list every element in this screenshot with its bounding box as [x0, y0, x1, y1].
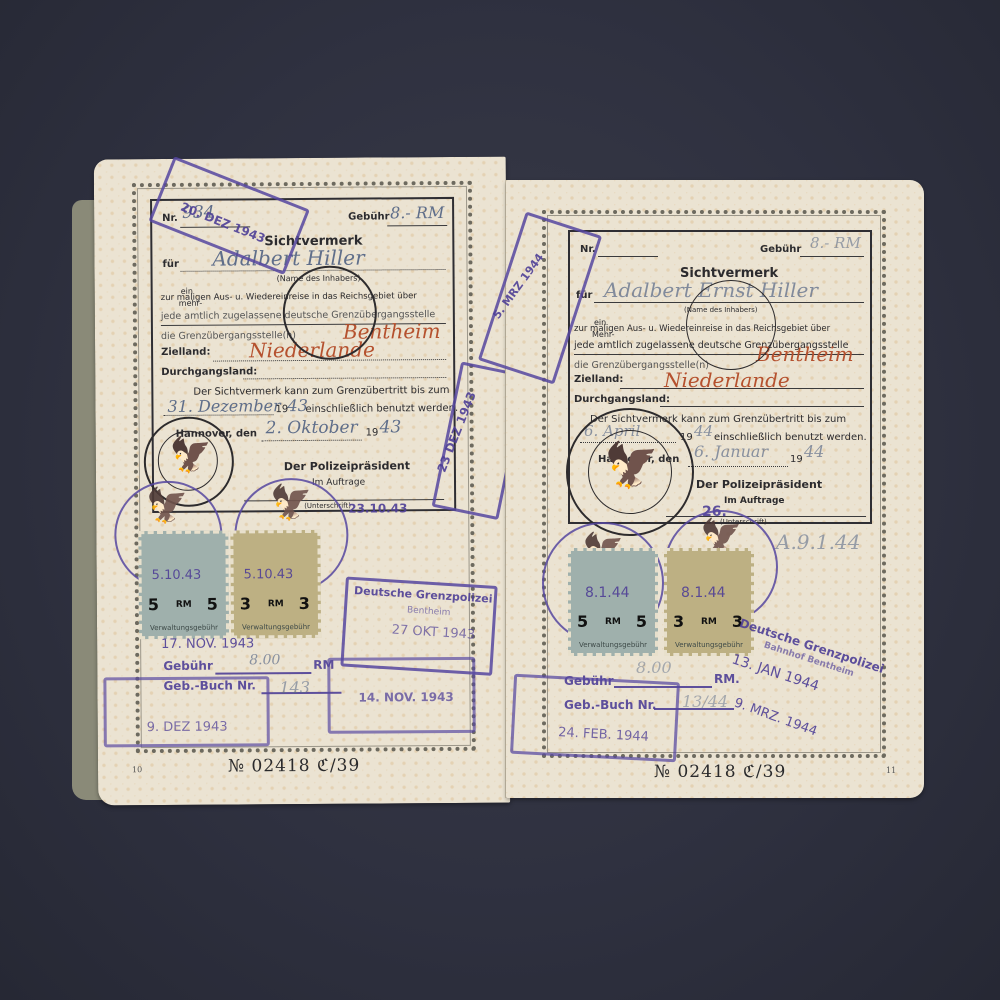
transit-label: Durchgangsland: [574, 394, 670, 405]
issued-year-prefix: 19 [790, 454, 803, 465]
eagle-icon: 🦅 [146, 489, 189, 523]
fee-stamp-value: 5 [636, 612, 647, 631]
police-seal: 🦅 [566, 408, 694, 536]
transit-label: Durchgangsland: [161, 366, 257, 378]
fee-stamp-label: Verwaltungsgebühr [571, 641, 655, 649]
stamp-date: 14. NOV. 1943 [358, 690, 453, 705]
serial-number: № 02418 ℭ/39 [654, 762, 786, 782]
validity-suffix: einschließlich benutzt werden. [305, 403, 458, 415]
stamp-date: 9. DEZ 1943 [147, 720, 228, 736]
fee-stamp-unit: RM [605, 617, 621, 627]
fee-block-label: Gebühr [163, 659, 213, 673]
stamp-text: Deutsche Grenzpolizei [354, 584, 493, 606]
destination-label: Zielland: [574, 374, 623, 385]
authority: Der Polizeipräsident [696, 478, 822, 491]
book-value: 143 [279, 678, 310, 697]
fee-stamp-value: 5 [148, 595, 159, 614]
fee-stamp: 5.10.43 3 RM 3 Verwaltungsgebühr [230, 530, 321, 639]
stamp-date: 27 OKT 1943 [391, 622, 475, 642]
fee-stamp-value: 3 [240, 594, 251, 613]
fee-stamp: 8.1.44 3 RM 3 Verwaltungsgebühr [664, 548, 754, 656]
cancel-mark: 5.10.43 [152, 568, 202, 583]
fee-stamp-value: 3 [299, 594, 310, 613]
fee-stamp-label: Verwaltungsgebühr [667, 641, 751, 649]
issued-year: 44 [804, 442, 824, 461]
fee-stamp-value: 3 [673, 612, 684, 631]
eagle-icon: 🦅 [270, 486, 313, 520]
fee-stamp-label: Verwaltungsgebühr [142, 624, 226, 633]
fee-stamp: 8.1.44 5 RM 5 Verwaltungsgebühr [568, 548, 658, 656]
issued-date: 2. Oktober [266, 418, 358, 439]
valid-until: 31. Dezember [167, 396, 280, 416]
for-label: für [162, 259, 178, 270]
issued-year: 43 [380, 417, 402, 437]
right-page: Nr. Gebühr 8.- RM Sichtvermerk für Adalb… [506, 180, 924, 798]
fee-stamp-label: Verwaltungsgebühr [234, 623, 318, 632]
handwritten-note: A.9.1.44 [776, 530, 860, 554]
fee-stamp-unit: RM [176, 600, 192, 610]
eagle-icon: 🦅 [604, 444, 659, 488]
fee-stamp-value: 5 [577, 612, 588, 631]
fee-stamp-value: 5 [207, 595, 218, 614]
book-value: 13/44 [682, 692, 728, 711]
fee-label: Gebühr [348, 211, 389, 222]
valid-year-prefix: 19 [275, 404, 288, 415]
serial-number: № 02418 ℭ/39 [228, 756, 360, 777]
issued-year-prefix: 19 [366, 427, 379, 438]
fee-block-value: 8.00 [636, 658, 672, 677]
fee-stamp-unit: RM [268, 599, 284, 609]
fee-value: 8.- RM [390, 203, 444, 222]
valid-year: 44 [694, 422, 713, 440]
border-police-stamp: 14. NOV. 1943 [327, 657, 476, 734]
fee-stamp-unit: RM [701, 617, 717, 627]
left-page: Nr. 934 Gebühr 8.- RM Sichtvermerk für A… [94, 157, 510, 806]
fee-block-currency: RM. [714, 672, 740, 686]
page-number: 10 [132, 765, 142, 774]
fee-block-value: 8.00 [249, 652, 280, 668]
cancel-mark: 8.1.44 [681, 585, 726, 601]
fee-stamp: 5.10.43 5 RM 5 Verwaltungsgebühr [138, 531, 229, 640]
stamp-date: 24. FEB. 1944 [558, 725, 649, 745]
seal-impression [686, 280, 776, 370]
date-stamp: 17. NOV. 1943 [161, 636, 254, 652]
mark-stamp: 23.10.43 [348, 501, 407, 515]
fee-value: 8.- RM [810, 234, 861, 252]
border-police-stamp: 24. FEB. 1944 [510, 674, 680, 763]
page-number: 11 [886, 766, 896, 775]
seal-impression [282, 265, 377, 360]
cancel-mark: 8.1.44 [585, 585, 630, 601]
cancel-mark: 5.10.43 [244, 567, 294, 582]
on-behalf: Im Auftrage [724, 496, 785, 506]
stamp-sub: Bentheim [407, 605, 451, 618]
destination-label: Zielland: [161, 347, 210, 358]
fee-label: Gebühr [760, 244, 801, 255]
issued-date: 6. Januar [694, 442, 768, 461]
border-police-stamp: 9. DEZ 1943 [103, 676, 269, 747]
eagle-icon: 🦅 [170, 439, 213, 473]
authority: Der Polizeipräsident [284, 459, 410, 473]
